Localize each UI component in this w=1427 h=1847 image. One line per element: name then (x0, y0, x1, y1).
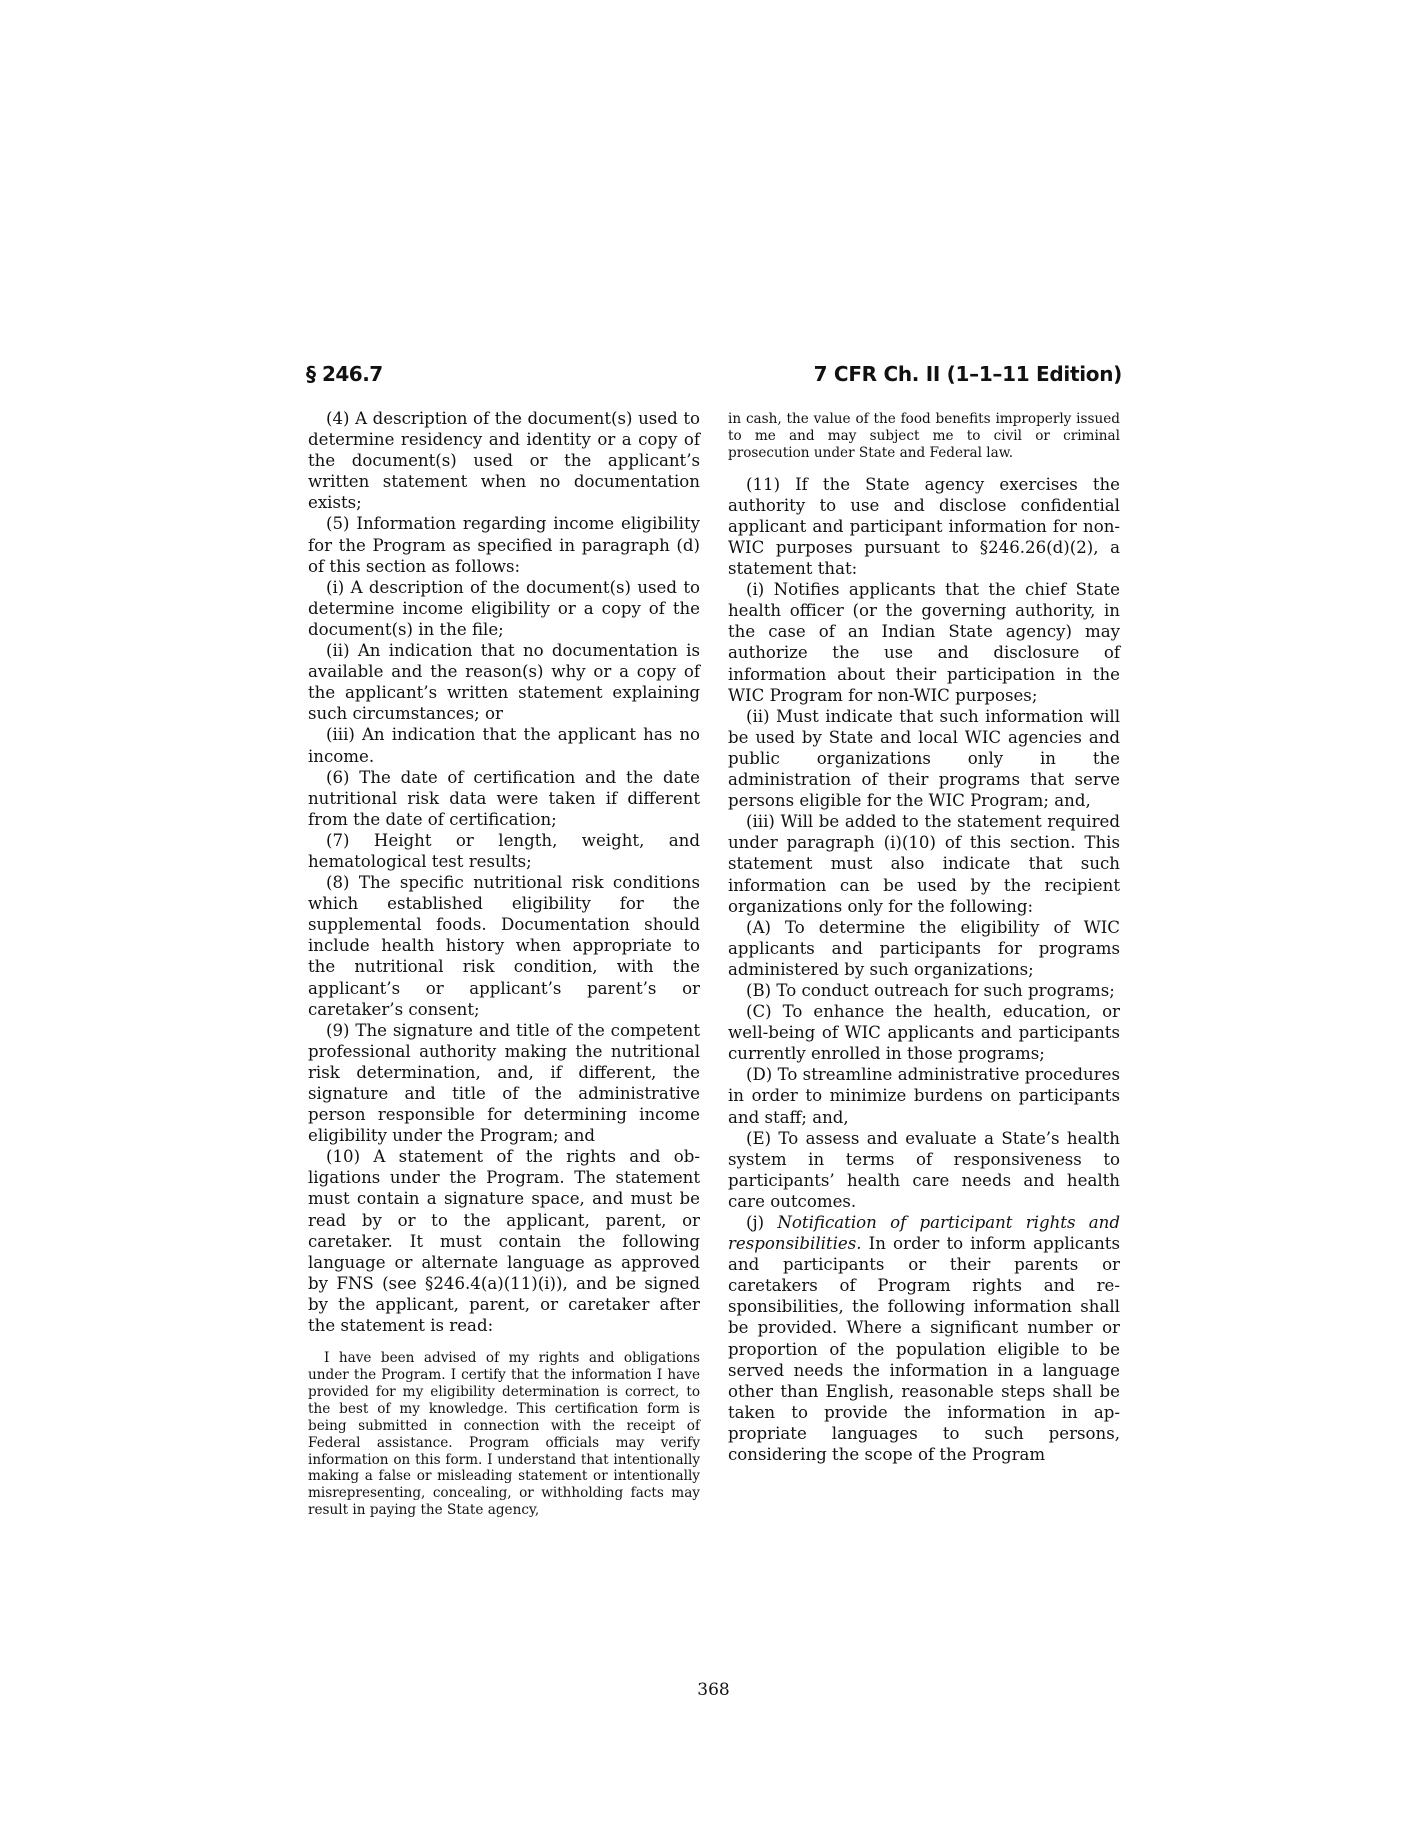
certification-statement-continued: in cash, the value of the food benefits … (728, 411, 1120, 462)
paragraph-11-iii-B: (B) To conduct outreach for such pro­gra… (728, 980, 1120, 1001)
paragraph-5-iii: (iii) An indication that the applicant h… (308, 724, 700, 766)
cfr-edition-title: 7 CFR Ch. II (1–1–11 Edition) (814, 362, 1122, 386)
paragraph-7: (7) Height or length, weight, and hemato… (308, 830, 700, 872)
paragraph-6: (6) The date of certification and the da… (308, 767, 700, 830)
paragraph-11-iii-D: (D) To streamline administrative procedu… (728, 1064, 1120, 1127)
paragraph-11-ii: (ii) Must indicate that such informa­tio… (728, 706, 1120, 811)
paragraph-9: (9) The signature and title of the compe… (308, 1020, 700, 1147)
paragraph-5: (5) Information regarding income eli­gib… (308, 513, 700, 576)
paragraph-11-iii-A: (A) To determine the eligibility of WIC … (728, 917, 1120, 980)
paragraph-11-i: (i) Notifies applicants that the chief S… (728, 579, 1120, 706)
paragraph-11-iii-C: (C) To enhance the health, education, or… (728, 1001, 1120, 1064)
paragraph-4: (4) A description of the document(s) use… (308, 408, 700, 513)
right-column: in cash, the value of the food benefits … (728, 411, 1120, 1465)
left-column: (4) A description of the document(s) use… (308, 408, 700, 1519)
paragraph-5-ii: (ii) An indication that no documenta­tio… (308, 640, 700, 724)
paragraph-5-i: (i) A description of the document(s) use… (308, 577, 700, 640)
certification-statement: I have been advised of my rights and obl… (308, 1350, 700, 1519)
paragraph-j-label: (j) (746, 1213, 777, 1232)
paragraph-j-body: In order to inform appli­cants and parti… (728, 1234, 1120, 1464)
paragraph-11: (11) If the State agency exercises the a… (728, 474, 1120, 579)
page-header: § 246.7 7 CFR Ch. II (1–1–11 Edition) (306, 362, 1122, 392)
page-number: 368 (0, 1680, 1427, 1700)
paragraph-j: (j) Notification of participant rights a… (728, 1212, 1120, 1465)
paragraph-10: (10) A statement of the rights and ob­li… (308, 1146, 700, 1336)
paragraph-11-iii: (iii) Will be added to the statement req… (728, 811, 1120, 916)
paragraph-11-iii-E: (E) To assess and evaluate a State’s hea… (728, 1128, 1120, 1212)
section-number: § 246.7 (306, 362, 383, 386)
paragraph-8: (8) The specific nutritional risk con­di… (308, 872, 700, 1020)
